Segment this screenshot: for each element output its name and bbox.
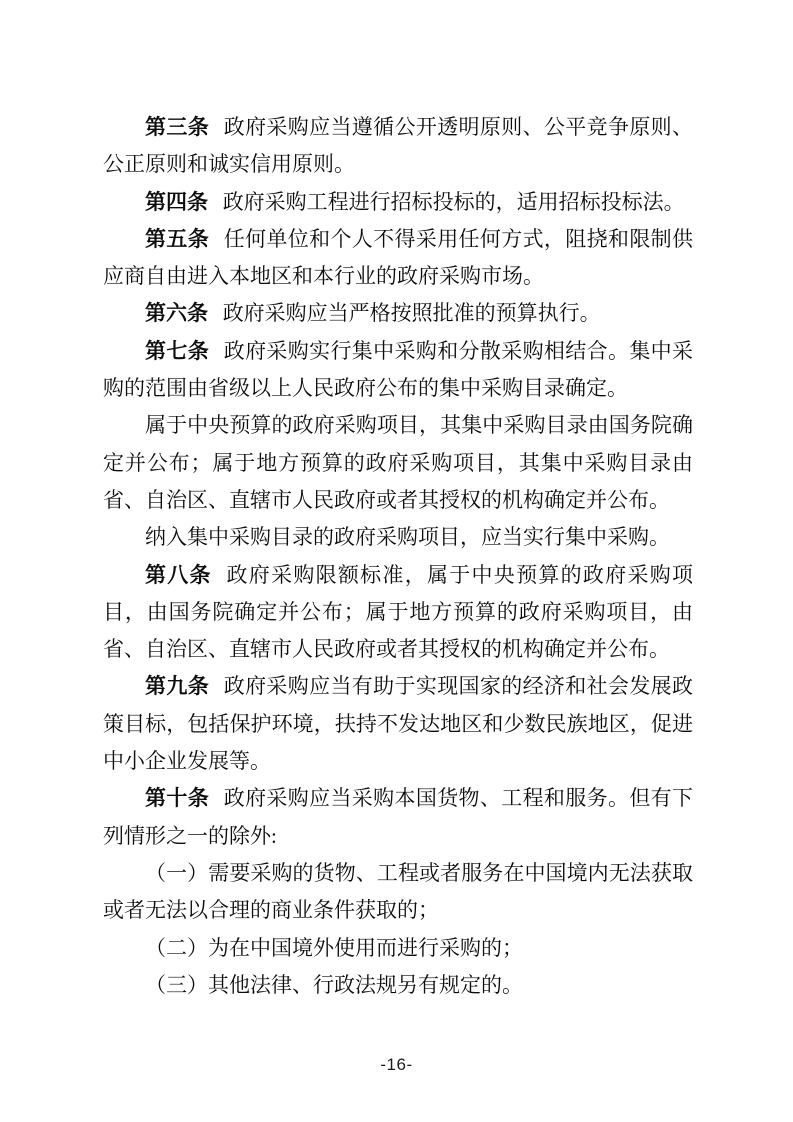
document-page: 第三条政府采购应当遵循公开透明原则、公平竞争原则、公正原则和诚实信用原则。 第四… <box>0 0 793 1122</box>
article-number: 第八条 <box>145 564 212 587</box>
article-number: 第五条 <box>145 228 209 251</box>
paragraph: 第九条政府采购应当有助于实现国家的经济和社会发展政策目标，包括保护环境，扶持不发… <box>103 668 693 780</box>
article-number: 第十条 <box>145 787 209 810</box>
paragraph: 第七条政府采购实行集中采购和分散采购相结合。集中采购的范围由省级以上人民政府公布… <box>103 333 693 408</box>
article-text: 属于中央预算的政府采购项目，其集中采购目录由国务院确定并公布；属于地方预算的政府… <box>103 413 693 512</box>
paragraph: 第八条政府采购限额标准，属于中央预算的政府采购项目，由国务院确定并公布；属于地方… <box>103 557 693 669</box>
article-number: 第九条 <box>145 675 209 698</box>
article-text: （二）为在中国境外使用而进行采购的； <box>145 936 523 960</box>
article-number: 第六条 <box>145 302 208 325</box>
article-number: 第三条 <box>145 116 209 139</box>
paragraph: 第四条政府采购工程进行招标投标的，适用招标投标法。 <box>103 184 693 221</box>
article-number: 第七条 <box>145 340 209 363</box>
paragraph: 第六条政府采购应当严格按照批准的预算执行。 <box>103 295 693 332</box>
article-number: 第四条 <box>145 191 208 214</box>
article-text: （一）需要采购的货物、工程或者服务在中国境内无法获取或者无法以合理的商业条件获取… <box>103 861 693 922</box>
paragraph: 第三条政府采购应当遵循公开透明原则、公平竞争原则、公正原则和诚实信用原则。 <box>103 109 693 184</box>
page-number: -16- <box>380 1055 412 1074</box>
article-text: 政府采购工程进行招标投标的，适用招标投标法。 <box>223 190 685 214</box>
paragraph: （三）其他法律、行政法规另有规定的。 <box>103 967 693 1004</box>
paragraph: 第十条政府采购应当采购本国货物、工程和服务。但有下列情形之一的除外: <box>103 780 693 855</box>
article-text: （三）其他法律、行政法规另有规定的。 <box>145 973 523 997</box>
article-text: 纳入集中采购目录的政府采购项目，应当实行集中采购。 <box>145 525 670 549</box>
page-footer: -16- <box>0 1055 793 1075</box>
paragraph: （一）需要采购的货物、工程或者服务在中国境内无法获取或者无法以合理的商业条件获取… <box>103 855 693 930</box>
paragraph: 纳入集中采购目录的政府采购项目，应当实行集中采购。 <box>103 519 693 556</box>
document-body: 第三条政府采购应当遵循公开透明原则、公平竞争原则、公正原则和诚实信用原则。 第四… <box>103 109 693 1004</box>
paragraph: （二）为在中国境外使用而进行采购的； <box>103 930 693 967</box>
article-text: 政府采购应当严格按照批准的预算执行。 <box>223 301 601 325</box>
paragraph: 第五条任何单位和个人不得采用任何方式，阻挠和限制供应商自由进入本地区和本行业的政… <box>103 221 693 296</box>
paragraph: 属于中央预算的政府采购项目，其集中采购目录由国务院确定并公布；属于地方预算的政府… <box>103 407 693 519</box>
